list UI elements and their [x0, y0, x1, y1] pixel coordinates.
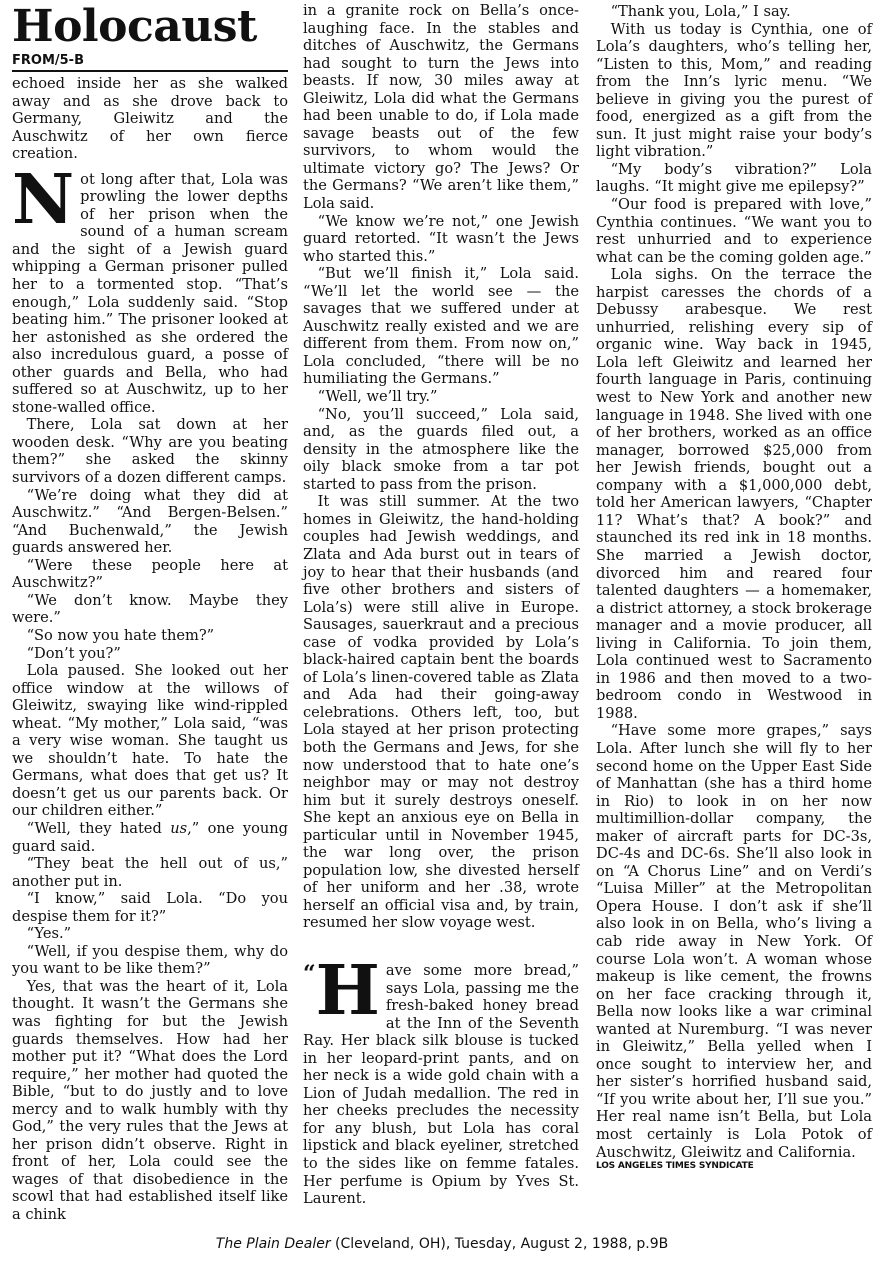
paragraph: Yes, that was the heart of it, Lola thou… — [12, 978, 288, 1224]
paragraph: “We know we’re not,” one Jewish guard re… — [303, 213, 579, 266]
article-column-1: Holocaust FROM/5-B echoed inside her as … — [12, 4, 288, 1224]
headline: Holocaust — [12, 4, 288, 50]
paragraph: “We don’t know. Maybe they were.” — [12, 592, 288, 627]
paragraph: “My body’s vibration?” Lola laughs. “It … — [596, 161, 872, 196]
paragraph-text: “Well, they hated — [27, 820, 171, 837]
paragraph: in a granite rock on Bella’s once-laughi… — [303, 2, 579, 213]
paragraph-dropcap: Not long after that, Lola was prowling t… — [12, 171, 288, 417]
paragraph: With us today is Cynthia, one of Lola’s … — [596, 21, 872, 161]
paragraph: Lola paused. She looked out her office w… — [12, 662, 288, 820]
paragraph: “No, you’ll succeed,” Lola said, and, as… — [303, 406, 579, 494]
drop-cap-letter: H — [316, 964, 380, 1018]
publication-details: (Cleveland, OH), Tuesday, August 2, 1988… — [331, 1236, 669, 1252]
paragraph: It was still summer. At the two homes in… — [303, 493, 579, 932]
syndicate-credit: LOS ANGELES TIMES SYNDICATE — [596, 1161, 872, 1172]
article-column-2: in a granite rock on Bella’s once-laughi… — [303, 2, 579, 1208]
paragraph: “Well, we’ll try.” — [303, 388, 579, 406]
paragraph: “Don’t you?” — [12, 645, 288, 663]
paragraph: “I know,” said Lola. “Do you despise the… — [12, 890, 288, 925]
article-column-3: “Thank you, Lola,” I say. With us today … — [596, 3, 872, 1172]
paragraph: “They beat the hell out of us,” another … — [12, 855, 288, 890]
paragraph: “We’re doing what they did at Auschwitz.… — [12, 487, 288, 557]
source-caption: The Plain Dealer (Cleveland, OH), Tuesda… — [0, 1236, 884, 1252]
paragraph: “Have some more grapes,” says Lola. Afte… — [596, 722, 872, 1161]
paragraph: There, Lola sat down at her wooden desk.… — [12, 416, 288, 486]
paragraph: “Yes.” — [12, 925, 288, 943]
publication-name: The Plain Dealer — [216, 1236, 331, 1252]
drop-cap-letter: N — [12, 173, 74, 227]
paragraph-dropcap: “Have some more bread,” says Lola, passi… — [303, 962, 579, 1208]
paragraph: “Were these people here at Auschwitz?” — [12, 557, 288, 592]
paragraph: “But we’ll finish it,” Lola said. “We’ll… — [303, 265, 579, 388]
newspaper-clipping: Holocaust FROM/5-B echoed inside her as … — [0, 0, 884, 1263]
drop-cap-quote: “ — [303, 964, 316, 984]
jump-line: FROM/5-B — [12, 54, 288, 72]
paragraph: “Our food is prepared with love,” Cynthi… — [596, 196, 872, 266]
paragraph: “So now you hate them?” — [12, 627, 288, 645]
paragraph: echoed inside her as she walked away and… — [12, 75, 288, 163]
italic-text: us — [170, 820, 187, 837]
paragraph: “Well, if you despise them, why do you w… — [12, 943, 288, 978]
paragraph: “Well, they hated us,” one young guard s… — [12, 820, 288, 855]
paragraph: “Thank you, Lola,” I say. — [596, 3, 872, 21]
paragraph: Lola sighs. On the terrace the harpist c… — [596, 266, 872, 722]
